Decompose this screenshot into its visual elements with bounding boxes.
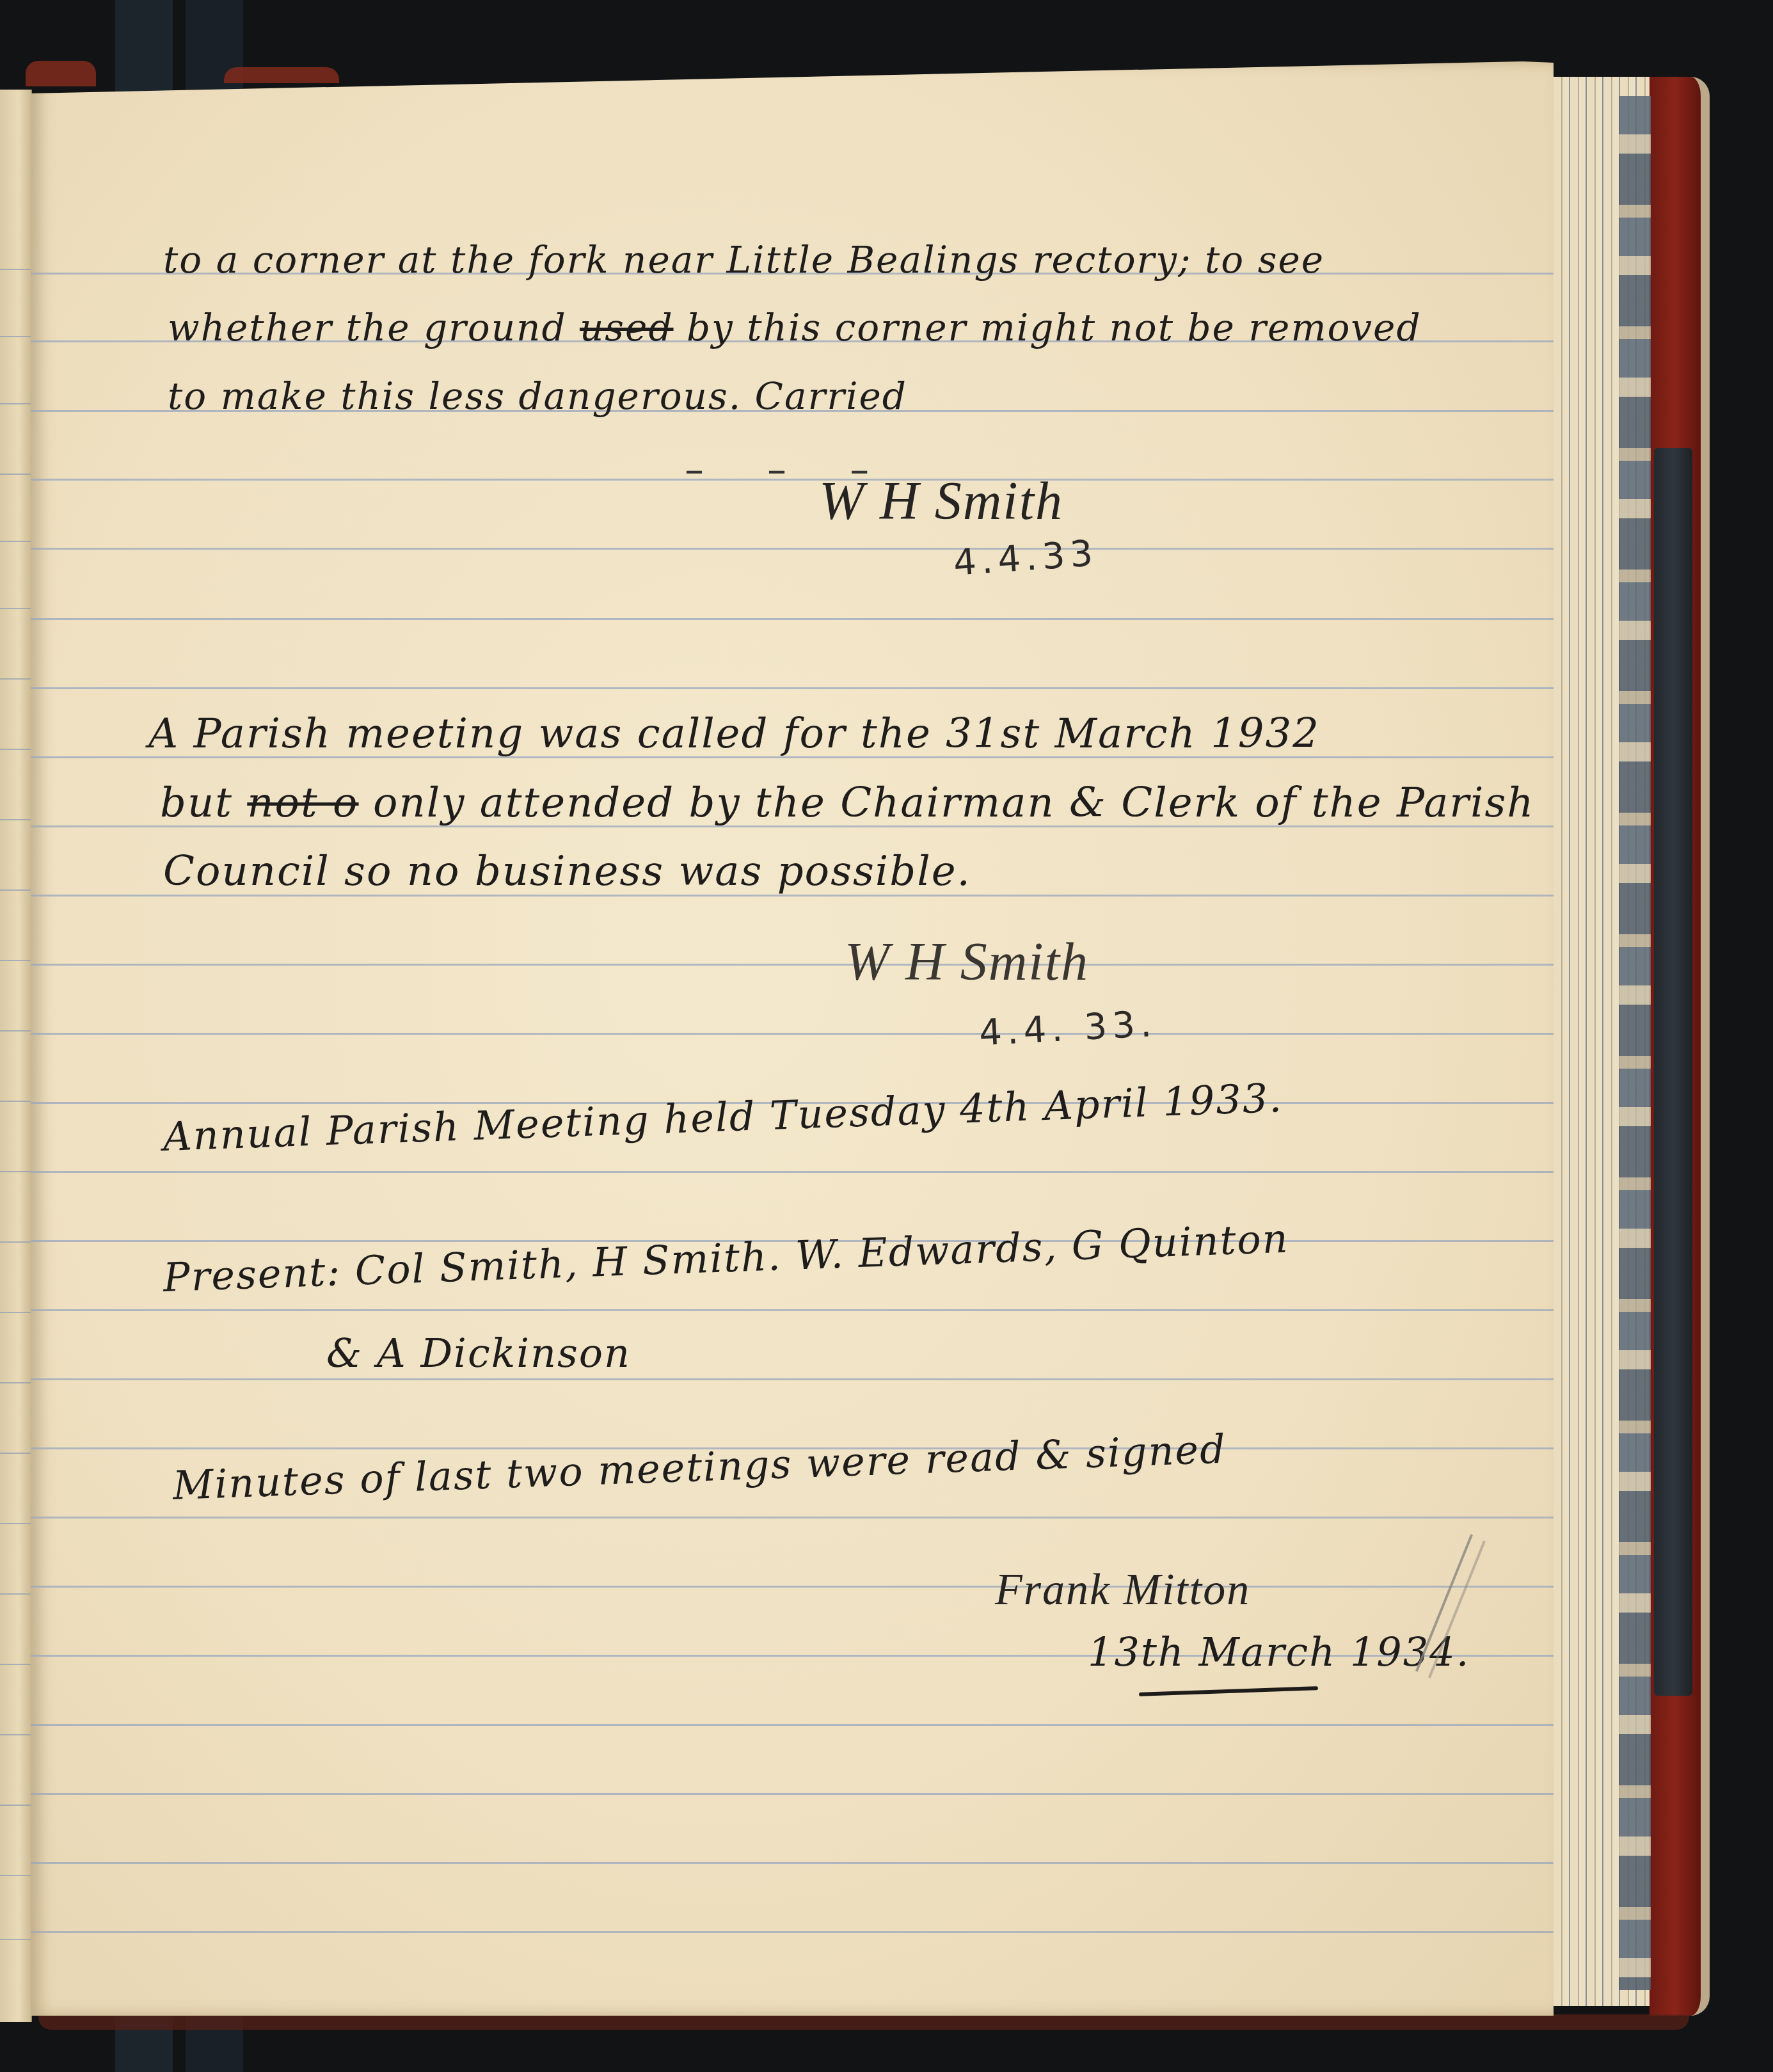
entry1-line3: to make this less dangerous. Carried (168, 374, 907, 418)
entry3-signature: Frank Mitton (995, 1565, 1250, 1616)
rule-line (0, 1101, 31, 1102)
entry2-line3: Council so no business was possible. (163, 848, 971, 895)
rule-line (31, 1586, 1554, 1588)
entry1-signature: W H Smith (819, 470, 1063, 532)
rule-line (0, 819, 31, 820)
rule-line (31, 1724, 1554, 1726)
rule-line (0, 541, 31, 542)
entry1-line2-text-a: whether the ground (168, 306, 580, 349)
entry1-line1: to a corner at the fork near Little Beal… (163, 238, 1324, 282)
rule-line (0, 1734, 31, 1735)
entry1-line2-text-b: by this corner might not be removed (674, 306, 1422, 349)
entry2-line1: A Parish meeting was called for the 31st… (148, 710, 1320, 758)
rule-line (31, 964, 1554, 966)
binding-fray (224, 67, 339, 83)
rule-line (0, 1312, 31, 1313)
rule-line (0, 1030, 31, 1032)
rule-line (0, 608, 31, 609)
rule-line (0, 1875, 31, 1876)
rule-line (0, 1805, 31, 1806)
rule-line (0, 1664, 31, 1665)
rule-line (0, 889, 31, 891)
rule-line (0, 1171, 31, 1172)
entry1-line2: whether the ground used by this corner m… (168, 306, 1422, 349)
notebook-page (31, 61, 1554, 2016)
rule-line (0, 749, 31, 750)
entry2-line2: but not o only attended by the Chairman … (160, 779, 1534, 827)
rule-line (31, 1862, 1554, 1864)
marbled-page-edges (1619, 96, 1651, 1990)
rule-line (0, 678, 31, 680)
entry3-signature-date: 13th March 1934. (1088, 1629, 1470, 1675)
rule-line (0, 1593, 31, 1595)
rule-line (0, 1382, 31, 1383)
struck-word: used (580, 306, 674, 349)
rule-line (31, 618, 1554, 620)
rule-line (0, 1241, 31, 1243)
entry2-signature: W H Smith (845, 931, 1089, 993)
present-line-2: & A Dickinson (326, 1330, 631, 1376)
rule-line (31, 1309, 1554, 1311)
rule-line (31, 1171, 1554, 1173)
rule-line (0, 1453, 31, 1454)
left-page-edge (0, 90, 32, 2022)
book-spine-dark-cloth (1654, 448, 1692, 1696)
rule-line (0, 1939, 31, 1940)
rule-line (0, 1523, 31, 1524)
entry2-line2-rest: only attended by the Chairman & Clerk of… (373, 779, 1535, 827)
rule-line (31, 1793, 1554, 1795)
rule-line (0, 269, 31, 270)
rule-line (31, 1033, 1554, 1035)
rule-line (0, 474, 31, 475)
rule-line (0, 336, 31, 337)
binding-bottom-edge (38, 2014, 1689, 2030)
rule-line (31, 1931, 1554, 1933)
rule-line (31, 687, 1554, 689)
entry2-line2-prefix: but (160, 779, 233, 827)
struck-word: not o (247, 779, 358, 827)
rule-line (31, 1517, 1554, 1518)
rule-line (31, 1378, 1554, 1380)
rule-line (31, 548, 1554, 550)
rule-line (0, 403, 31, 404)
rule-line (0, 960, 31, 961)
binding-fray (26, 61, 96, 86)
